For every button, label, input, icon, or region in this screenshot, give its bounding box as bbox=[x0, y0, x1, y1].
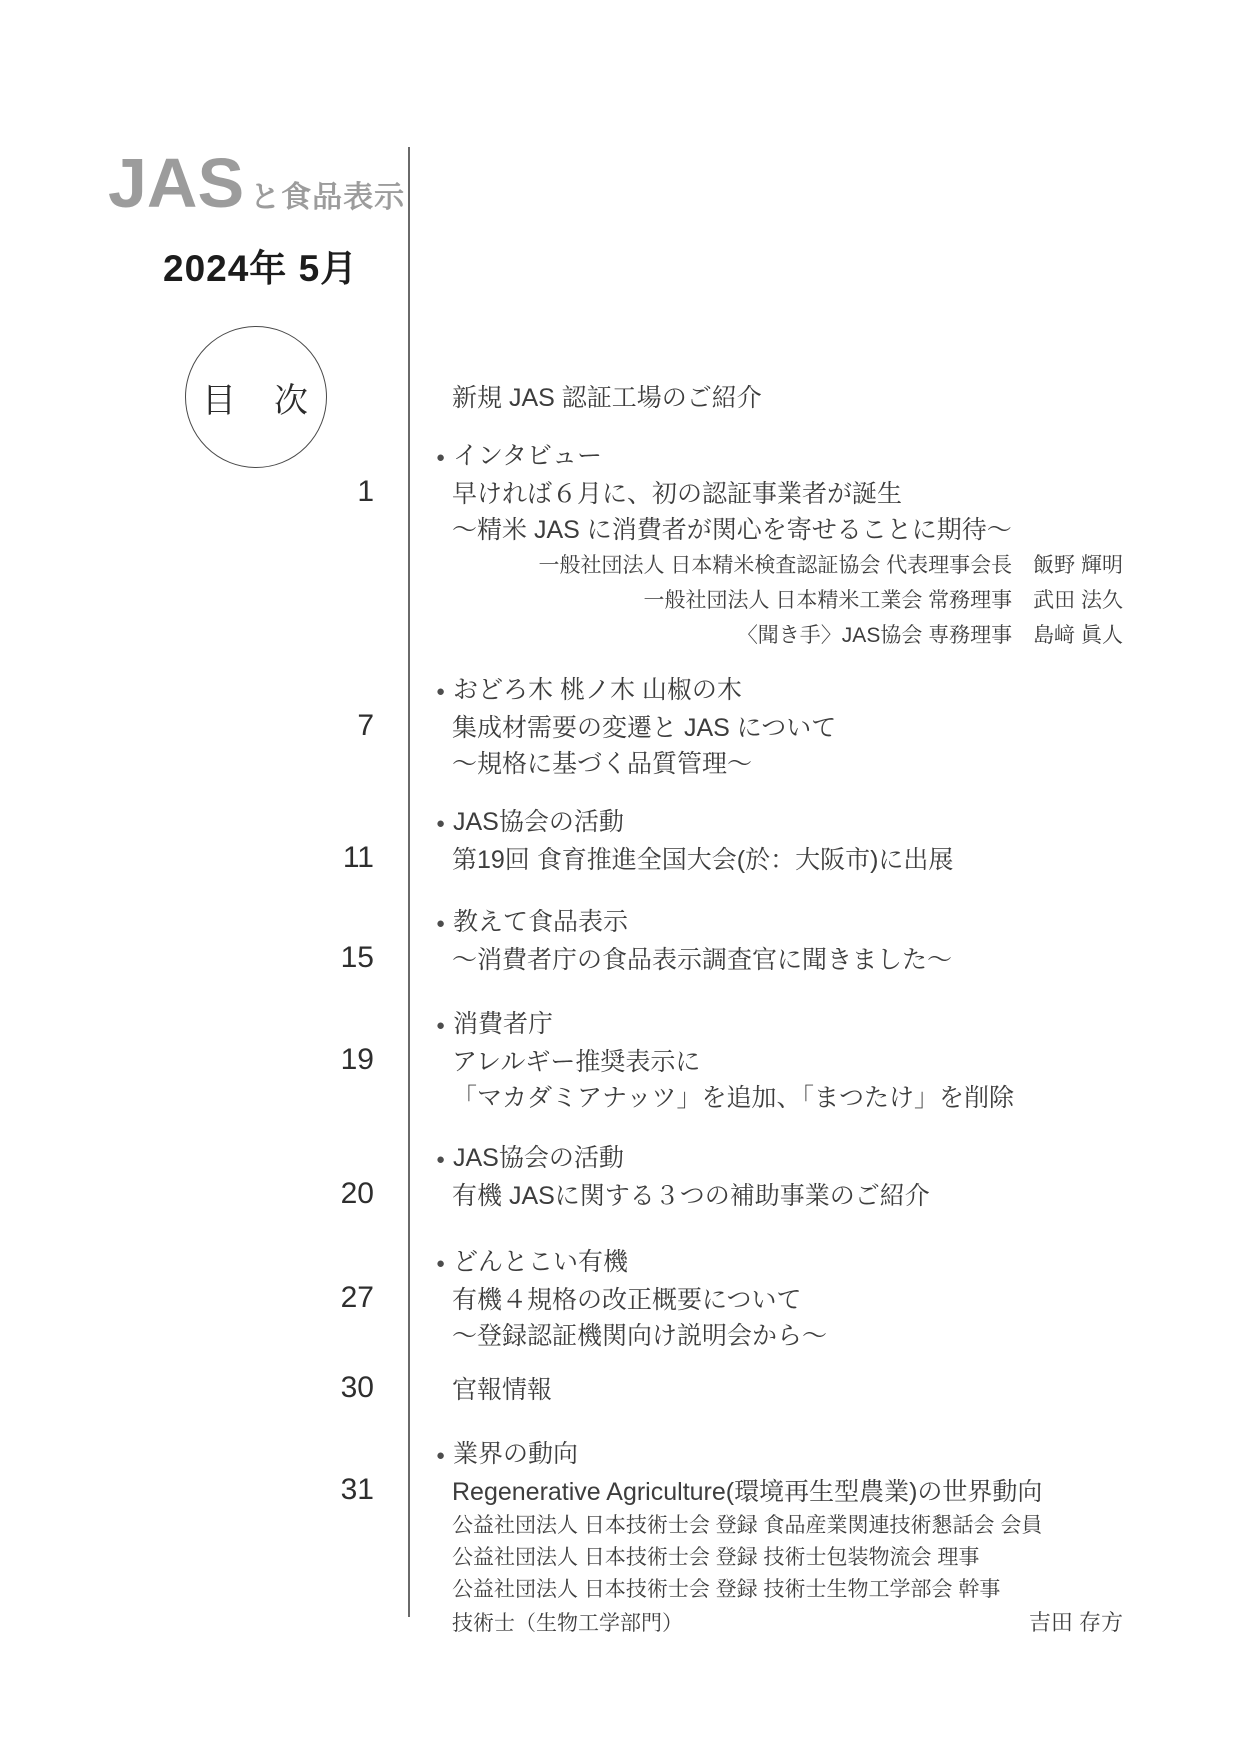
masthead-logo: JAS と食品表示 bbox=[108, 148, 405, 218]
toc-affiliation-line: 公益社団法人 日本技術士会 登録 食品産業関連技術懇話会 会員 bbox=[436, 1510, 1123, 1542]
toc-section-header: ●JAS協会の活動 bbox=[436, 804, 1123, 842]
toc-subtitle-line: ～規格に基づく品質管理～ bbox=[436, 746, 1123, 782]
author-name: 吉田 存方 bbox=[1029, 1606, 1123, 1640]
toc-credit-line: 〈聞き手〉JAS協会 専務理事 島﨑 眞人 bbox=[436, 618, 1123, 653]
toc-title-line: 31 Regenerative Agriculture(環境再生型農業)の世界動… bbox=[436, 1474, 1123, 1510]
toc-section-header: ●どんとこい有機 bbox=[436, 1244, 1123, 1282]
toc-section-label: インタビュー bbox=[453, 442, 602, 470]
toc-title-line: 新規 JAS 認証工場のご紹介 bbox=[436, 380, 1123, 416]
toc-page-number: 1 bbox=[357, 474, 374, 510]
toc-title: 官報情報 bbox=[452, 1376, 552, 1404]
toc-title: ～消費者庁の食品表示調査官に聞きました～ bbox=[452, 946, 952, 974]
bullet-icon: ● bbox=[436, 1246, 453, 1282]
toc-subtitle-line: 「マカダミアナッツ」を追加、「まつたけ」を削除 bbox=[436, 1080, 1123, 1116]
logo-jas-text: JAS bbox=[108, 148, 244, 218]
bullet-icon: ● bbox=[436, 440, 453, 476]
toc-page-number: 31 bbox=[341, 1472, 374, 1508]
toc-title: 有機 JASに関する３つの補助事業のご紹介 bbox=[452, 1182, 930, 1210]
toc-entry: 新規 JAS 認証工場のご紹介 bbox=[436, 380, 1123, 416]
toc-list: 新規 JAS 認証工場のご紹介 ●インタビュー 1 早ければ６月に、初の認証事業… bbox=[436, 380, 1123, 1641]
toc-entry: ●業界の動向 31 Regenerative Agriculture(環境再生型… bbox=[436, 1436, 1123, 1641]
toc-subtitle: ～規格に基づく品質管理～ bbox=[452, 750, 752, 778]
toc-page-number: 19 bbox=[341, 1042, 374, 1078]
vertical-divider bbox=[408, 147, 410, 1617]
toc-section-label: おどろ木 桃ノ木 山椒の木 bbox=[453, 676, 742, 704]
toc-title: 有機４規格の改正概要について bbox=[452, 1286, 802, 1314]
toc-title: 早ければ６月に、初の認証事業者が誕生 bbox=[452, 480, 902, 508]
toc-subtitle-line: ～登録認証機関向け説明会から～ bbox=[436, 1318, 1123, 1354]
toc-section-header: ●業界の動向 bbox=[436, 1436, 1123, 1474]
toc-entry: ●JAS協会の活動 20 有機 JASに関する３つの補助事業のご紹介 bbox=[436, 1140, 1123, 1214]
toc-entry: ●どんとこい有機 27 有機４規格の改正概要について ～登録認証機関向け説明会か… bbox=[436, 1244, 1123, 1354]
toc-title: 新規 JAS 認証工場のご紹介 bbox=[452, 384, 762, 412]
toc-page-number: 7 bbox=[357, 708, 374, 744]
toc-entry: ●インタビュー 1 早ければ６月に、初の認証事業者が誕生 ～精米 JAS に消費… bbox=[436, 438, 1123, 653]
toc-heading-label: 目 次 bbox=[202, 373, 310, 422]
toc-page-number: 20 bbox=[341, 1176, 374, 1212]
toc-section-header: ●おどろ木 桃ノ木 山椒の木 bbox=[436, 672, 1123, 710]
toc-title-line: 1 早ければ６月に、初の認証事業者が誕生 bbox=[436, 476, 1123, 512]
logo-subtitle-text: と食品表示 bbox=[250, 172, 405, 216]
toc-section-label: 教えて食品表示 bbox=[453, 908, 628, 936]
toc-title-line: 15 ～消費者庁の食品表示調査官に聞きました～ bbox=[436, 942, 1123, 978]
toc-title-line: 20 有機 JASに関する３つの補助事業のご紹介 bbox=[436, 1178, 1123, 1214]
toc-credit-line: 一般社団法人 日本精米工業会 常務理事 武田 法久 bbox=[436, 583, 1123, 618]
magazine-toc-page: JAS と食品表示 2024年 5月 目 次 新規 JAS 認証工場のご紹介 ●… bbox=[0, 0, 1241, 1754]
toc-subtitle: 「マカダミアナッツ」を追加、「まつたけ」を削除 bbox=[452, 1084, 1014, 1112]
toc-page-number: 30 bbox=[341, 1370, 374, 1406]
toc-entry: ●教えて食品表示 15 ～消費者庁の食品表示調査官に聞きました～ bbox=[436, 904, 1123, 978]
author-qualification: 技術士（生物工学部門） bbox=[452, 1607, 683, 1641]
toc-section-label: JAS協会の活動 bbox=[453, 1144, 624, 1172]
bullet-icon: ● bbox=[436, 1438, 453, 1474]
toc-section-label: どんとこい有機 bbox=[453, 1248, 628, 1276]
bullet-icon: ● bbox=[436, 1008, 453, 1044]
bullet-icon: ● bbox=[436, 674, 453, 710]
toc-section-header: ●JAS協会の活動 bbox=[436, 1140, 1123, 1178]
toc-section-header: ●教えて食品表示 bbox=[436, 904, 1123, 942]
toc-affiliation-line: 公益社団法人 日本技術士会 登録 技術士生物工学部会 幹事 bbox=[436, 1574, 1123, 1606]
toc-page-number: 15 bbox=[341, 940, 374, 976]
toc-section-header: ●消費者庁 bbox=[436, 1006, 1123, 1044]
toc-title: 集成材需要の変遷と JAS について bbox=[452, 714, 836, 742]
toc-title: アレルギー推奨表示に bbox=[452, 1048, 700, 1076]
toc-signature-line: 技術士（生物工学部門） 吉田 存方 bbox=[436, 1606, 1123, 1641]
toc-page-number: 27 bbox=[341, 1280, 374, 1316]
toc-title-line: 19 アレルギー推奨表示に bbox=[436, 1044, 1123, 1080]
issue-date: 2024年 5月 bbox=[163, 238, 358, 292]
toc-entry: 30 官報情報 bbox=[436, 1372, 1123, 1408]
toc-section-label: 業界の動向 bbox=[453, 1440, 578, 1468]
toc-section-label: JAS協会の活動 bbox=[453, 808, 624, 836]
toc-title: Regenerative Agriculture(環境再生型農業)の世界動向 bbox=[452, 1478, 1042, 1506]
toc-affiliation-line: 公益社団法人 日本技術士会 登録 技術士包装物流会 理事 bbox=[436, 1542, 1123, 1574]
toc-title-line: 27 有機４規格の改正概要について bbox=[436, 1282, 1123, 1318]
toc-title-line: 7 集成材需要の変遷と JAS について bbox=[436, 710, 1123, 746]
toc-heading-circle: 目 次 bbox=[185, 326, 327, 468]
toc-subtitle-line: ～精米 JAS に消費者が関心を寄せることに期待～ bbox=[436, 512, 1123, 548]
toc-title-line: 30 官報情報 bbox=[436, 1372, 1123, 1408]
toc-page-number: 11 bbox=[343, 840, 374, 876]
toc-entry: ●おどろ木 桃ノ木 山椒の木 7 集成材需要の変遷と JAS について ～規格に… bbox=[436, 672, 1123, 782]
toc-entry: ●消費者庁 19 アレルギー推奨表示に 「マカダミアナッツ」を追加、「まつたけ」… bbox=[436, 1006, 1123, 1116]
bullet-icon: ● bbox=[436, 906, 453, 942]
toc-section-label: 消費者庁 bbox=[453, 1010, 553, 1038]
toc-title: 第19回 食育推進全国大会(於：大阪市)に出展 bbox=[452, 846, 953, 874]
toc-entry: ●JAS協会の活動 11 第19回 食育推進全国大会(於：大阪市)に出展 bbox=[436, 804, 1123, 878]
toc-title-line: 11 第19回 食育推進全国大会(於：大阪市)に出展 bbox=[436, 842, 1123, 878]
bullet-icon: ● bbox=[436, 1142, 453, 1178]
bullet-icon: ● bbox=[436, 806, 453, 842]
toc-subtitle: ～精米 JAS に消費者が関心を寄せることに期待～ bbox=[452, 516, 1012, 544]
toc-subtitle: ～登録認証機関向け説明会から～ bbox=[452, 1322, 827, 1350]
toc-section-header: ●インタビュー bbox=[436, 438, 1123, 476]
toc-credit-line: 一般社団法人 日本精米検査認証協会 代表理事会長 飯野 輝明 bbox=[436, 548, 1123, 583]
